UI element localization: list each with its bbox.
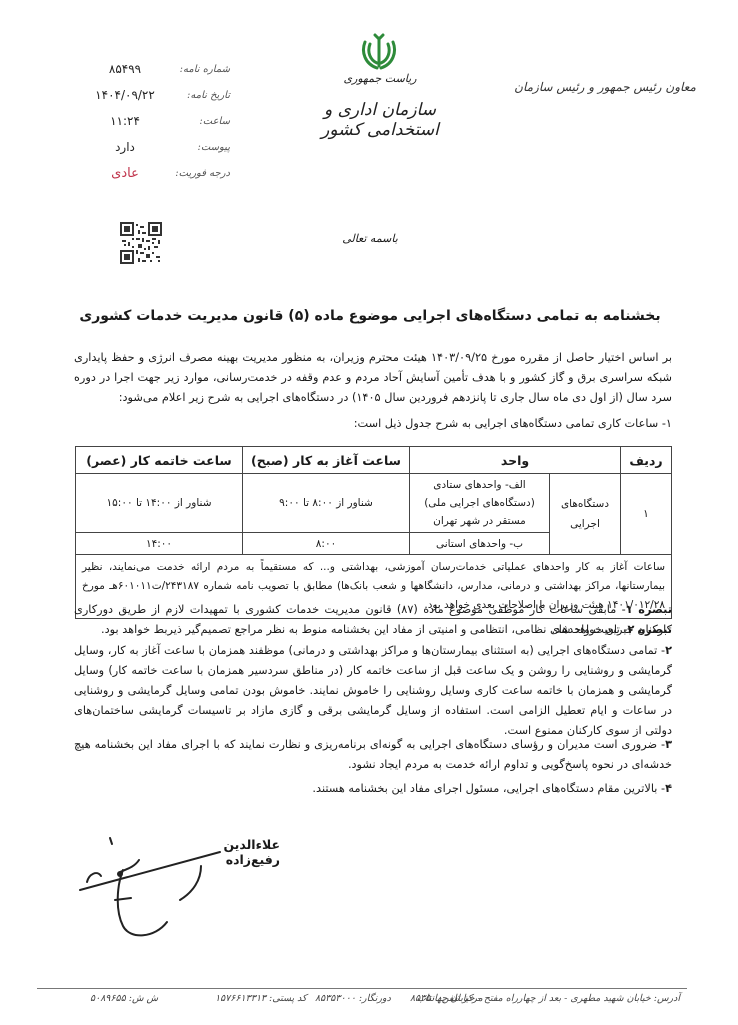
note-2-text: - تبعیت واحدهای نظامی، انتظامی و امنیتی … [101,623,627,636]
meta-letter-number: شماره نامه: ۸۵۴۹۹ [80,57,230,81]
note-2-label: تبصره ۲ [627,623,672,636]
table-header-row: ردیف واحد ساعت آغاز به کار (صبح) ساعت خا… [76,447,672,474]
circular-title: بخشنامه به تمامی دستگاه‌های اجرایی موضوع… [70,308,670,324]
unit-cell: الف- واحدهای ستادی (دستگاه‌های اجرایی مل… [410,474,550,533]
item-2: ۲- تمامی دستگاه‌های اجرایی (به استثنای ب… [74,641,672,741]
col-header-unit: واحد [410,447,621,474]
item-3-text: - ضروری است مدیران و رؤسای دستگاه‌های اج… [74,738,672,771]
start-cell: شناور از ۸:۰۰ تا ۹:۰۰ [243,474,410,533]
organization-name: سازمان اداری و استخدامی کشور [290,100,470,140]
col-header-end: ساعت خاتمه کار (عصر) [76,447,243,474]
meta-letter-date: تاریخ نامه: ۱۴۰۴/۰۹/۲۲ [80,83,230,107]
col-header-start: ساعت آغاز به کار (صبح) [243,447,410,474]
note-1-label: تبصره ۱ [626,603,672,616]
sender-title: معاون رئیس جمهور و رئیس سازمان [500,80,710,94]
footer-postal-code: کد پستی: ۱۵۷۶۶۱۳۳۱۳ [215,993,307,1004]
footer-national-id: ش ش: ۵۰۸۹۶۵۵ [90,993,158,1004]
footer-fax: دورنگار: ۸۵۳۵۳۰۰۰ [315,993,391,1004]
item-2-text: - تمامی دستگاه‌های اجرایی (به استثنای بی… [74,644,672,737]
working-hours-table: ردیف واحد ساعت آغاز به کار (صبح) ساعت خا… [75,446,672,619]
handwritten-signature-icon [75,830,225,940]
meta-time: ساعت: ۱۱:۲۴ [80,109,230,133]
meta-attachment: پیوست: دارد [80,135,230,159]
item-4-number: ۴ [665,782,672,795]
intro-paragraph: بر اساس اختیار حاصل از مقرره مورخ ۱۴۰۳/۰… [74,348,672,408]
col-header-row: ردیف [621,447,672,474]
meta-urgency: درجه فوریت: عادی [80,161,230,185]
item-4: ۴- بالاترین مقام دستگاه‌های اجرایی، مسئو… [74,779,672,799]
footer-phone: مرکز تلفن: ۸۵۳۵۰ [410,993,483,1004]
item-3: ۳- ضروری است مدیران و رؤسای دستگاه‌های ا… [74,735,672,775]
item-4-text: - بالاترین مقام دستگاه‌های اجرایی، مسئول… [312,782,665,795]
note-2: تبصره ۲- تبعیت واحدهای نظامی، انتظامی و … [74,620,672,640]
footer-divider [37,988,687,989]
item-2-number: ۲ [665,644,672,657]
row-number: ۱ [621,474,672,555]
iran-emblem-icon [357,30,401,74]
item-1: ۱- ساعات کاری تمامی دستگاه‌های اجرایی به… [74,414,672,434]
footer: آدرس: خیابان شهید مطهری - بعد از چهارراه… [30,993,700,1009]
qr-code-icon [120,222,162,264]
start-cell: ۸:۰۰ [243,533,410,555]
row-group: دستگاه‌های اجرایی [550,474,621,555]
end-cell: ۱۴:۰۰ [76,533,243,555]
unit-cell: ب- واحدهای استانی [410,533,550,555]
presidency-label: ریاست جمهوری [320,72,440,85]
item-3-number: ۳ [665,738,672,751]
end-cell: شناور از ۱۴:۰۰ تا ۱۵:۰۰ [76,474,243,533]
table-row: ۱ دستگاه‌های اجرایی الف- واحدهای ستادی (… [76,474,672,533]
basmala: باسمه تعالی [330,232,410,245]
